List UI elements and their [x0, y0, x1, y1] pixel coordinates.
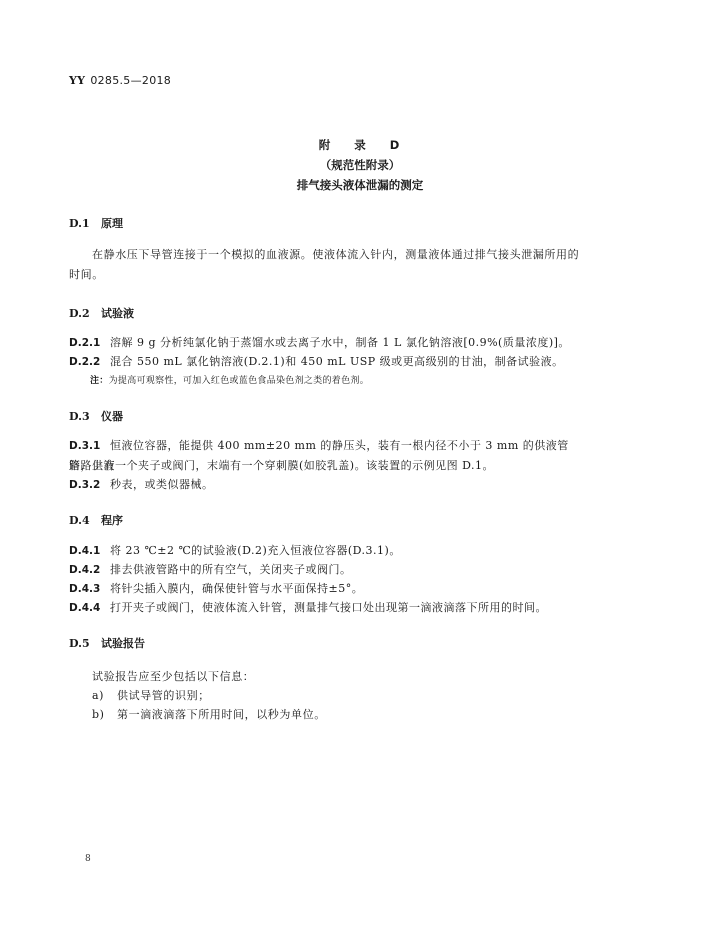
clause-number: D.3.2: [69, 475, 110, 495]
clause-number: D.2.2: [69, 352, 110, 372]
clause-text: 溶解 9 g 分析纯氯化钠于蒸馏水或去离子水中，制备 1 L 氯化钠溶液[0.9…: [110, 336, 570, 349]
section-heading-d3: D.3仪器: [69, 408, 123, 424]
section-number: D.5: [69, 637, 101, 650]
list-item: b)第一滴液滴落下所用时间，以秒为单位。: [92, 706, 326, 722]
note-text: 为提高可观察性，可加入红色或蓝色食品染色剂之类的着色剂。: [109, 376, 369, 386]
section-title: 试验报告: [101, 637, 145, 650]
clause-d4-3: D.4.3将针尖插入膜内，确保使针管与水平面保持±5°。: [69, 579, 589, 599]
document-page: YY0285.5—2018 附 录 D （规范性附录） 排气接头液体泄漏的测定 …: [0, 0, 720, 936]
standard-prefix: YY: [69, 74, 85, 87]
clause-number: D.3.1: [69, 436, 110, 456]
section-title: 程序: [101, 514, 123, 527]
clause-d2-1: D.2.1溶解 9 g 分析纯氯化钠于蒸馏水或去离子水中，制备 1 L 氯化钠溶…: [69, 333, 589, 353]
clause-d3-2: D.3.2秒表，或类似器械。: [69, 475, 589, 495]
section-title: 仪器: [101, 410, 123, 423]
clause-d2-2: D.2.2混合 550 mL 氯化钠溶液(D.2.1)和 450 mL USP …: [69, 352, 589, 372]
section-number: D.3: [69, 410, 101, 423]
clause-text: 将针尖插入膜内，确保使针管与水平面保持±5°。: [110, 582, 363, 595]
section-heading-d2: D.2试验液: [69, 305, 134, 321]
section-number: D.1: [69, 217, 101, 230]
section-title: 原理: [101, 217, 123, 230]
section-number: D.4: [69, 514, 101, 527]
clause-text: 混合 550 mL 氯化钠溶液(D.2.1)和 450 mL USP 级或更高级…: [110, 355, 564, 368]
standard-number: 0285.5—2018: [90, 74, 171, 87]
section-heading-d4: D.4程序: [69, 512, 123, 528]
clause-text: 秒表，或类似器械。: [110, 478, 214, 491]
annex-type: （规范性附录）: [0, 157, 720, 173]
note: 注：为提高可观察性，可加入红色或蓝色食品染色剂之类的着色剂。: [90, 373, 369, 386]
page-number: 8: [85, 854, 91, 864]
section-heading-d1: D.1原理: [69, 215, 123, 231]
list-item: a)供试导管的识别；: [92, 687, 210, 703]
clause-number: D.4.1: [69, 541, 110, 561]
clause-d3-1-continued: 管路上有一个夹子或阀门，末端有一个穿刺膜(如胶乳盖)。该装置的示例见图 D.1。: [69, 456, 589, 476]
clause-number: D.2.1: [69, 333, 110, 353]
clause-text-line2: 管路上有一个夹子或阀门，末端有一个穿刺膜(如胶乳盖)。该装置的示例见图 D.1。: [69, 459, 494, 472]
section-paragraph-d1: 在静水压下导管连接于一个模拟的血液源。使液体流入针内，测量液体通过排气接头泄漏所…: [69, 245, 584, 285]
clause-d4-1: D.4.1将 23 ℃±2 ℃的试验液(D.2)充入恒液位容器(D.3.1)。: [69, 541, 589, 561]
clause-number: D.4.2: [69, 560, 110, 580]
clause-text: 排去供液管路中的所有空气，关闭夹子或阀门。: [110, 563, 352, 576]
clause-d4-2: D.4.2排去供液管路中的所有空气，关闭夹子或阀门。: [69, 560, 589, 580]
clause-text: 打开夹子或阀门，使液体流入针管，测量排气接口处出现第一滴液滴落下所用的时间。: [110, 601, 547, 614]
standard-header: YY0285.5—2018: [69, 74, 171, 87]
section-number: D.2: [69, 307, 101, 320]
list-item-text: 第一滴液滴落下所用时间，以秒为单位。: [117, 708, 326, 721]
list-item-text: 供试导管的识别；: [117, 689, 210, 702]
note-label: 注：: [90, 376, 109, 386]
list-marker: b): [92, 708, 117, 721]
clause-number: D.4.4: [69, 598, 110, 618]
annex-subject: 排气接头液体泄漏的测定: [0, 177, 720, 193]
annex-title: 附 录 D: [0, 137, 720, 153]
report-intro: 试验报告应至少包括以下信息：: [92, 668, 254, 684]
clause-text: 将 23 ℃±2 ℃的试验液(D.2)充入恒液位容器(D.3.1)。: [110, 544, 401, 557]
list-marker: a): [92, 689, 117, 702]
section-title: 试验液: [101, 307, 134, 320]
section-heading-d5: D.5试验报告: [69, 635, 145, 651]
clause-number: D.4.3: [69, 579, 110, 599]
clause-d4-4: D.4.4打开夹子或阀门，使液体流入针管，测量排气接口处出现第一滴液滴落下所用的…: [69, 598, 589, 618]
